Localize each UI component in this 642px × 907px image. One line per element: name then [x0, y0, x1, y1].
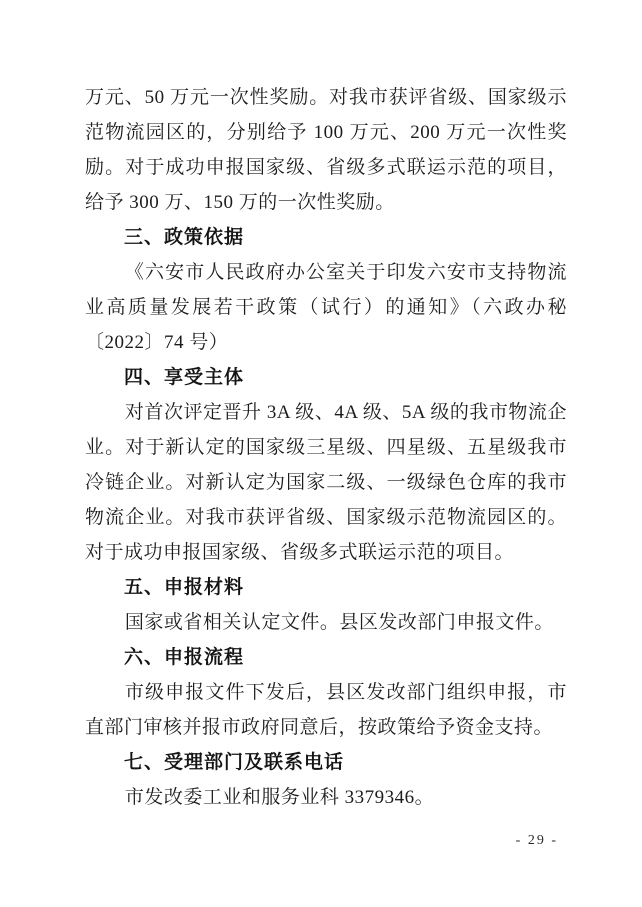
section-heading-contact: 七、受理部门及联系电话: [85, 745, 567, 780]
body-paragraph-contact: 市发改委工业和服务业科 3379346。: [85, 780, 567, 815]
body-paragraph-policy-basis: 《六安市人民政府办公室关于印发六安市支持物流业高质量发展若干政策（试行）的通知》…: [85, 255, 567, 360]
section-heading-policy-basis: 三、政策依据: [85, 220, 567, 255]
section-heading-application-process: 六、申报流程: [85, 640, 567, 675]
section-heading-beneficiaries: 四、享受主体: [85, 360, 567, 395]
section-heading-application-materials: 五、申报材料: [85, 570, 567, 605]
page-number: - 29 -: [516, 832, 558, 850]
body-paragraph-application-materials: 国家或省相关认定文件。县区发改部门申报文件。: [85, 605, 567, 640]
body-paragraph-beneficiaries: 对首次评定晋升 3A 级、4A 级、5A 级的我市物流企业。对于新认定的国家级三…: [85, 395, 567, 570]
body-paragraph-continuation: 万元、50 万元一次性奖励。对我市获评省级、国家级示范物流园区的，分别给予 10…: [85, 80, 567, 220]
document-body: 万元、50 万元一次性奖励。对我市获评省级、国家级示范物流园区的，分别给予 10…: [85, 80, 567, 815]
body-paragraph-application-process: 市级申报文件下发后，县区发改部门组织申报，市直部门审核并报市政府同意后，按政策给…: [85, 675, 567, 745]
document-page: 万元、50 万元一次性奖励。对我市获评省级、国家级示范物流园区的，分别给予 10…: [0, 0, 642, 907]
